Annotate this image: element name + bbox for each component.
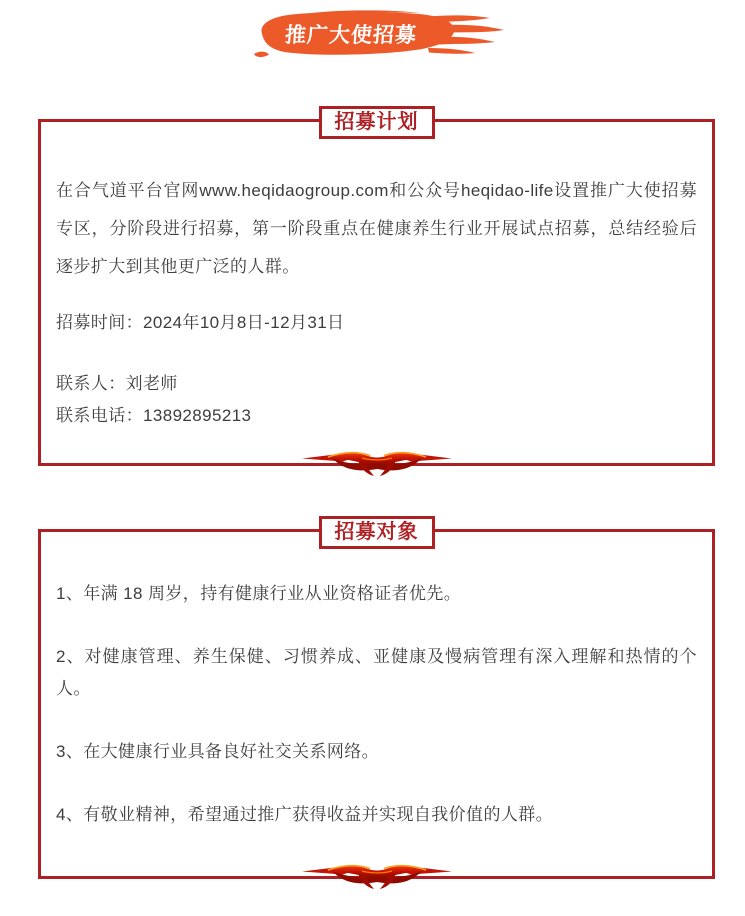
page-title: 推广大使招募 [284,19,456,49]
section-target-label: 招募对象 [319,516,435,549]
section-plan-label: 招募计划 [319,106,435,139]
plan-paragraph: 在合气道平台官网www.heqidaogroup.com和公众号heqidao-… [56,172,697,286]
section-plan-content: 在合气道平台官网www.heqidaogroup.com和公众号heqidao-… [41,172,712,432]
target-item-4: 4、有敬业精神，希望通过推广获得收益并实现自我价值的人群。 [56,799,697,831]
contact-phone: 联系电话：13892895213 [56,400,697,432]
target-list: 1、年满 18 周岁，持有健康行业从业资格证者优先。 2、对健康管理、养生保健、… [56,578,697,831]
target-item-3: 3、在大健康行业具备良好社交关系网络。 [56,736,697,768]
target-item-2: 2、对健康管理、养生保健、习惯养成、亚健康及慢病管理有深入理解和热情的个人。 [56,641,697,705]
section-recruitment-plan: 招募计划 在合气道平台官网www.heqidaogroup.com和公众号heq… [38,119,715,466]
target-item-1: 1、年满 18 周岁，持有健康行业从业资格证者优先。 [56,578,697,610]
contact-person: 联系人：刘老师 [56,368,697,400]
recruitment-time: 招募时间：2024年10月8日-12月31日 [56,304,697,342]
section-target-content: 1、年满 18 周岁，持有健康行业从业资格证者优先。 2、对健康管理、养生保健、… [41,578,712,831]
section-recruitment-target: 招募对象 1、年满 18 周岁，持有健康行业从业资格证者优先。 2、对健康管理、… [38,529,715,879]
ribbon-icon [302,445,452,481]
ribbon-icon [302,858,452,894]
title-banner: 推广大使招募 [252,4,508,62]
poster-page: 推广大使招募 招募计划 在合气道平台官网www.heqidaogroup.com… [0,0,745,916]
